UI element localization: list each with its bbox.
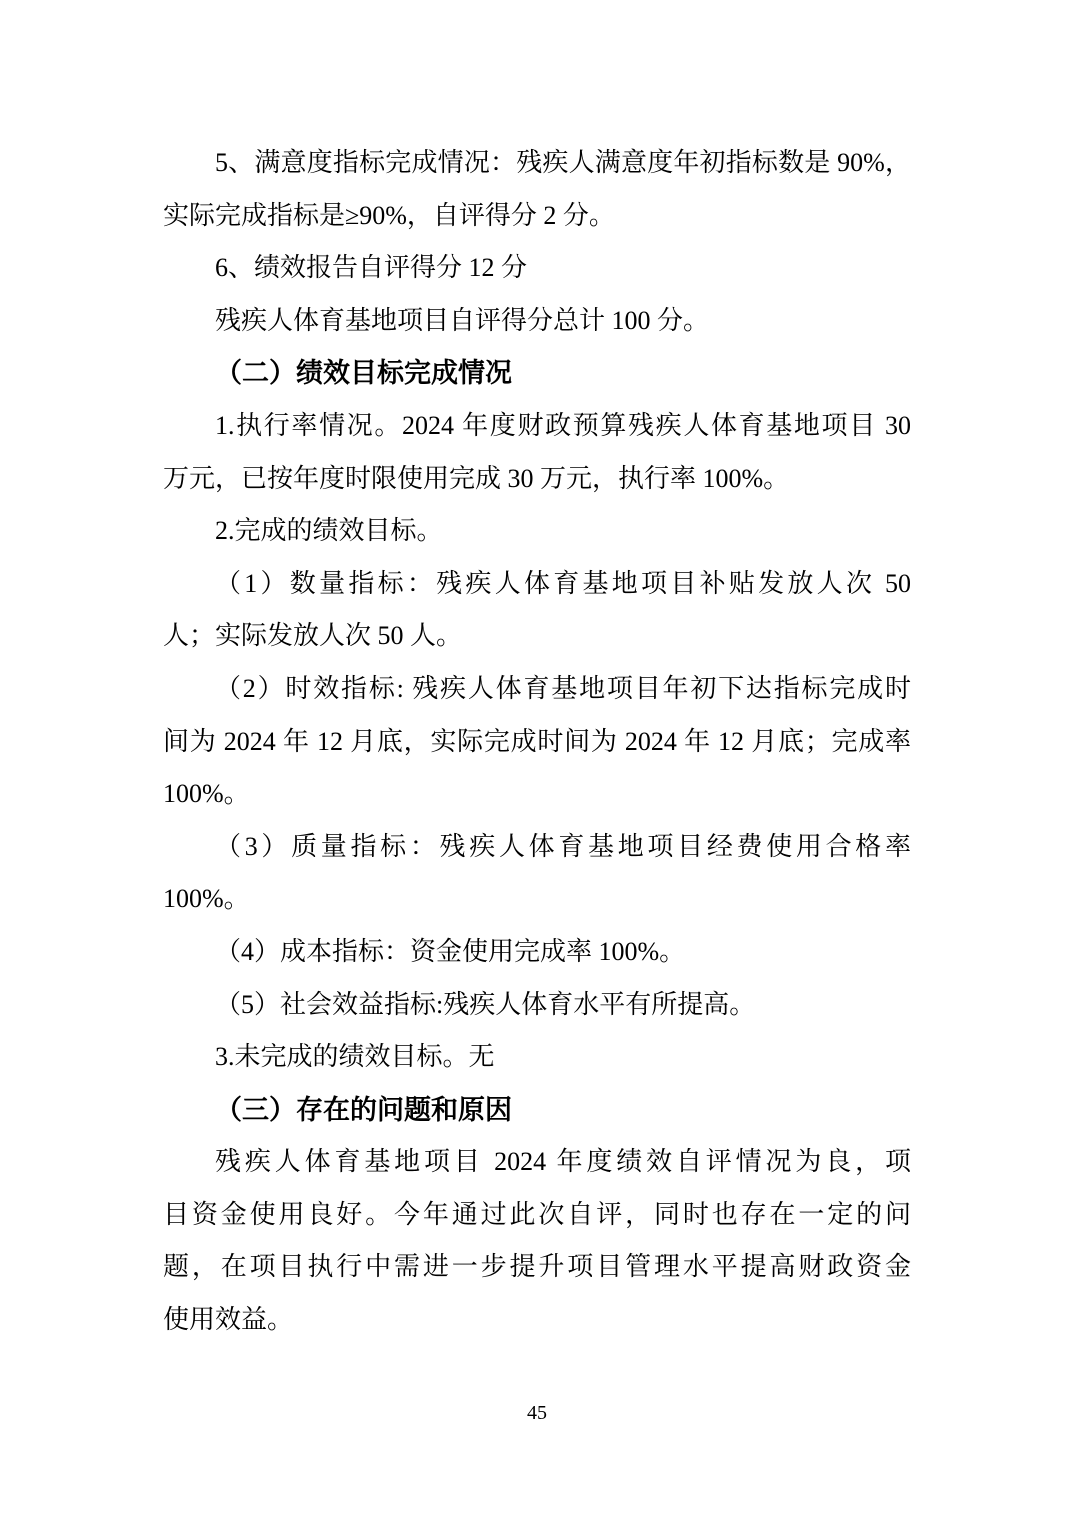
- para-satisfaction-indicator-line-1: 5、满意度指标完成情况：残疾人满意度年初指标数是 90%，: [163, 137, 911, 190]
- para-quantity-indicator-line-2: 人；实际发放人次 50 人。: [163, 610, 911, 663]
- para-satisfaction-indicator-line-2: 实际完成指标是≥90%，自评得分 2 分。: [163, 190, 911, 243]
- para-problems-line-2: 目资金使用良好。今年通过此次自评，同时也存在一定的问: [163, 1189, 911, 1242]
- para-social-benefit-indicator: （5）社会效益指标:残疾人体育水平有所提高。: [163, 979, 911, 1032]
- para-quality-indicator-line-2: 100%。: [163, 873, 911, 926]
- document-page: 5、满意度指标完成情况：残疾人满意度年初指标数是 90%， 实际完成指标是≥90…: [0, 0, 1074, 1520]
- section-heading-2-performance-targets: （二）绩效目标完成情况: [163, 347, 911, 400]
- para-quantity-indicator-line-1: （1）数量指标：残疾人体育基地项目补贴发放人次 50: [163, 558, 911, 611]
- para-problems-line-1: 残疾人体育基地项目 2024 年度绩效自评情况为良，项: [163, 1136, 911, 1189]
- para-report-self-score: 6、绩效报告自评得分 12 分: [163, 242, 911, 295]
- para-completed-targets: 2.完成的绩效目标。: [163, 505, 911, 558]
- para-uncompleted-targets: 3.未完成的绩效目标。无: [163, 1031, 911, 1084]
- page-number: 45: [0, 1398, 1074, 1428]
- para-problems-line-4: 使用效益。: [163, 1294, 911, 1347]
- document-body: 5、满意度指标完成情况：残疾人满意度年初指标数是 90%， 实际完成指标是≥90…: [163, 137, 911, 1347]
- para-execution-rate-line-2: 万元，已按年度时限使用完成 30 万元，执行率 100%。: [163, 453, 911, 506]
- para-timeliness-indicator-line-3: 100%。: [163, 768, 911, 821]
- para-problems-line-3: 题，在项目执行中需进一步提升项目管理水平提高财政资金: [163, 1241, 911, 1294]
- section-heading-3-problems-causes: （三）存在的问题和原因: [163, 1084, 911, 1137]
- para-timeliness-indicator-line-1: （2）时效指标: 残疾人体育基地项目年初下达指标完成时: [163, 663, 911, 716]
- para-execution-rate-line-1: 1.执行率情况。2024 年度财政预算残疾人体育基地项目 30: [163, 400, 911, 453]
- para-cost-indicator: （4）成本指标：资金使用完成率 100%。: [163, 926, 911, 979]
- para-total-self-score: 残疾人体育基地项目自评得分总计 100 分。: [163, 295, 911, 348]
- para-timeliness-indicator-line-2: 间为 2024 年 12 月底，实际完成时间为 2024 年 12 月底；完成率: [163, 716, 911, 769]
- para-quality-indicator-line-1: （3）质量指标：残疾人体育基地项目经费使用合格率: [163, 821, 911, 874]
